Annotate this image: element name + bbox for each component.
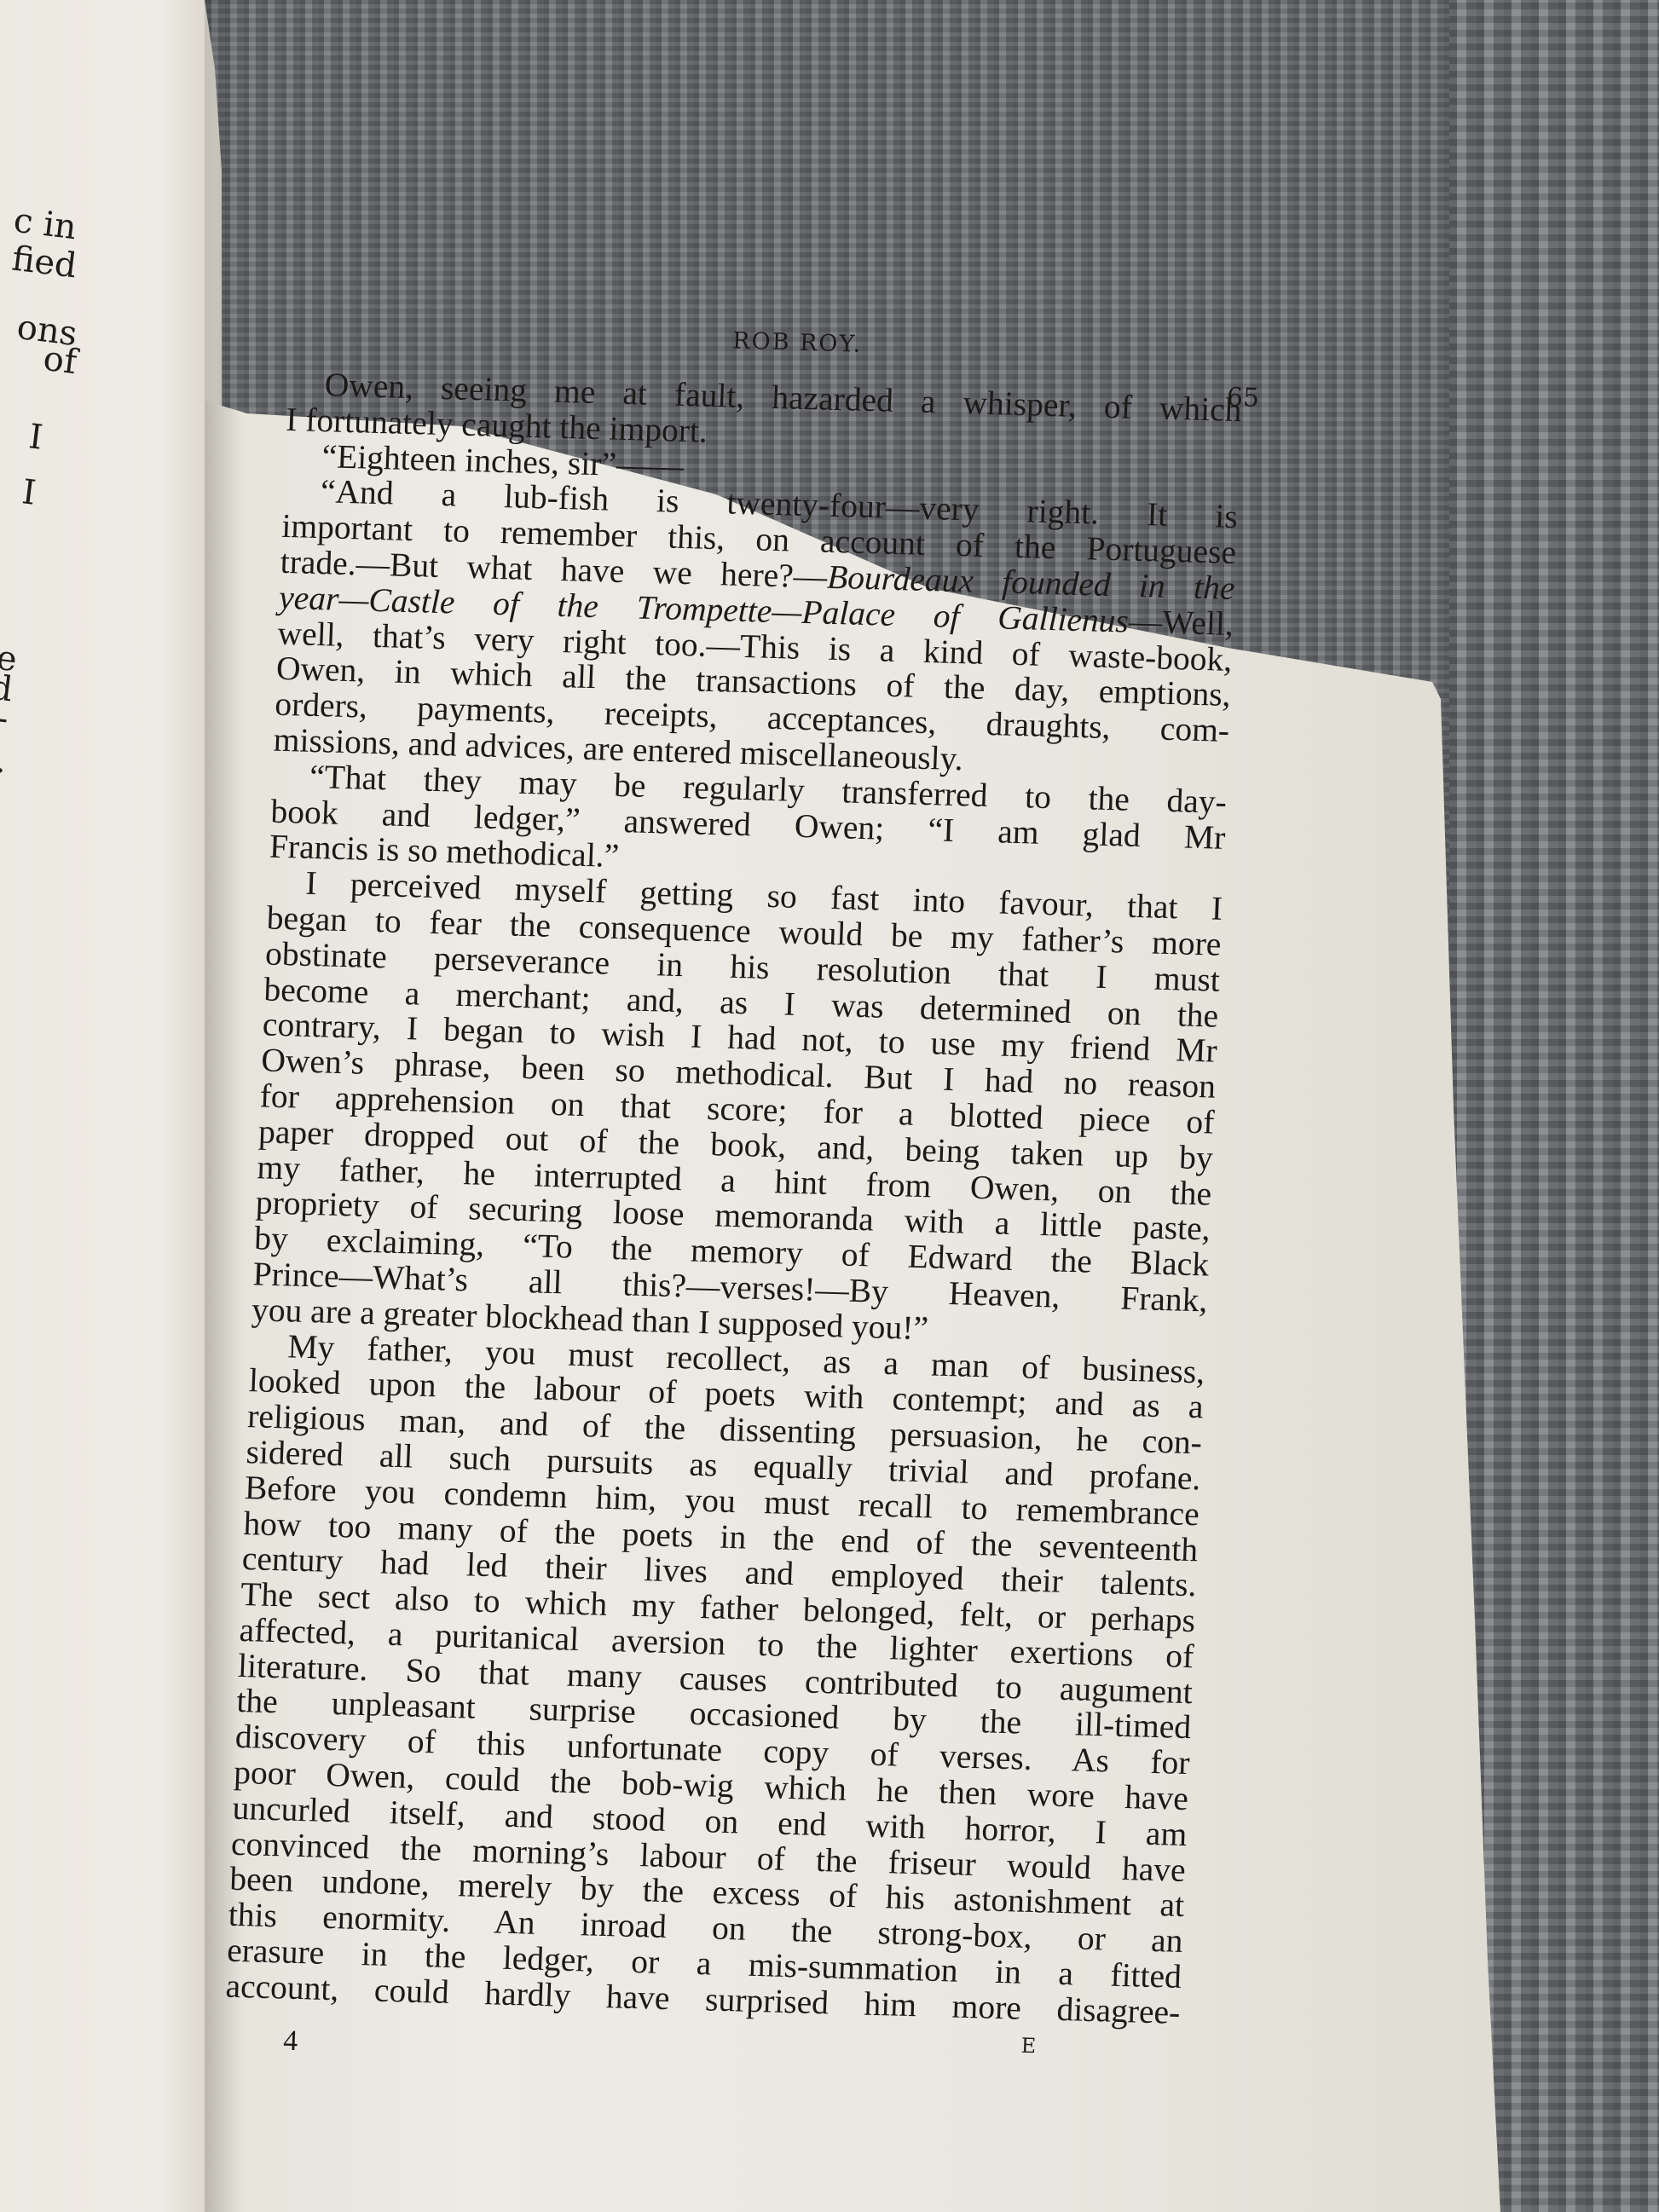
running-title: ROB ROY. xyxy=(732,328,863,358)
left-page: c in fied ons of I I e d - . xyxy=(0,0,226,2212)
body-text: Owen, seeing me at fault, hazarded a whi… xyxy=(225,367,1242,2031)
left-fragment: - xyxy=(0,698,11,738)
page-number: 65 xyxy=(1226,383,1260,413)
text-segment: —Well, xyxy=(1128,602,1234,642)
left-fragment: I xyxy=(20,472,38,513)
signature-number: 4 xyxy=(283,2024,298,2057)
left-fragment: of xyxy=(41,339,78,382)
page-content: ROB ROY. 65 Owen, seeing me at fault, ha… xyxy=(223,315,1244,2089)
left-fragment: I xyxy=(26,417,44,458)
left-fragment: . xyxy=(0,741,9,781)
signature-letter: E xyxy=(1020,2033,1037,2057)
left-fragment: fied xyxy=(10,240,79,286)
